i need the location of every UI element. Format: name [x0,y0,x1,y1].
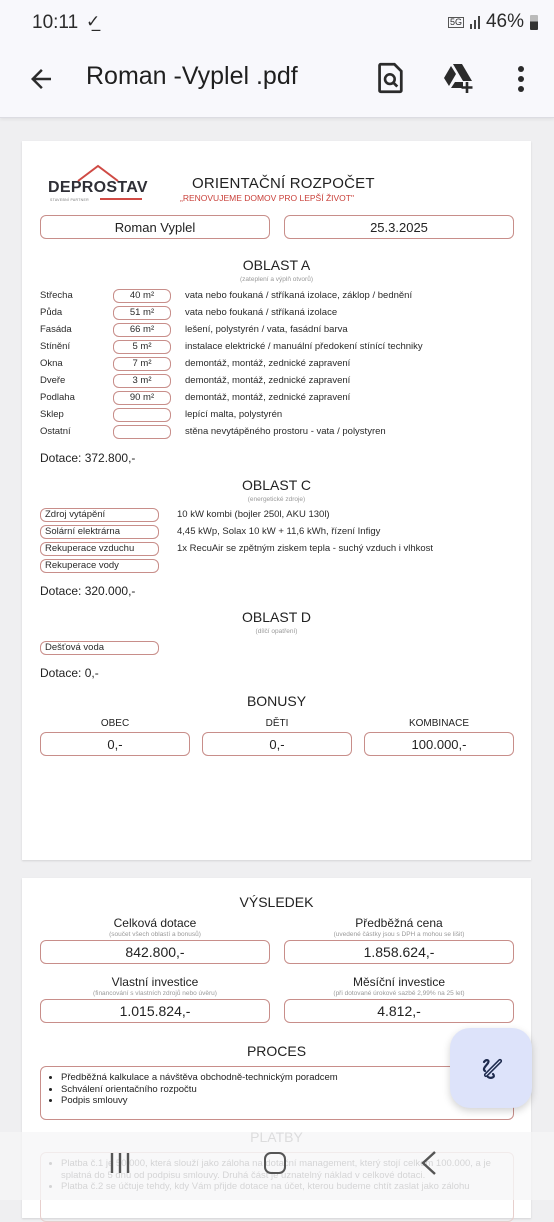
row-description: 1x RecuAir se zpětným ziskem tepla - suc… [177,543,433,554]
row-description: vata nebo foukaná / stříkaná izolace [185,307,337,318]
oblast-a-row: Okna7 m²demontáž, montáž, zednické zapra… [40,357,520,371]
status-bar: 10:11 ✓̲ 5G 46% [0,0,554,48]
slogan: „RENOVUJEME DOMOV PRO LEPŠÍ ŽIVOT" [180,193,354,203]
oblast-c-row: Rekuperace vzduchu1x RecuAir se zpětným … [40,542,520,556]
oblast-a-row: Střecha40 m²vata nebo foukaná / stříkaná… [40,289,520,303]
oblast-c-subtitle: (energetické zdroje) [22,496,531,503]
oblast-c-row: Zdroj vytápění10 kW kombi (bojler 250l, … [40,508,520,522]
vysledek-title: VÝSLEDEK [22,894,531,910]
predbezna-cena-note: (uvedené částky jsou s DPH a mohou se li… [284,931,514,938]
proces-item: Předběžná kalkulace a návštěva obchodně-… [61,1072,513,1084]
oblast-a-title: OBLAST A [22,257,531,273]
oblast-c-dotace: Dotace: 320.000,- [40,584,135,598]
bonus-deti-label: DĚTI [202,718,352,729]
status-time: 10:11 [32,12,78,34]
row-description: lešení, polystyrén / vata, fasádní barva [185,324,348,335]
add-to-drive-icon[interactable] [441,62,477,94]
area-value-pill: 66 m² [113,323,171,337]
oblast-a-dotace: Dotace: 372.800,- [40,451,135,465]
budget-title: ORIENTAČNÍ ROZPOČET [192,175,375,192]
recents-icon[interactable] [108,1152,132,1174]
proces-list: Předběžná kalkulace a návštěva obchodně-… [61,1072,513,1107]
celkova-dotace-label: Celková dotace [40,916,270,930]
proces-item: Podpis smlouvy [61,1095,513,1107]
area-value-pill: 90 m² [113,391,171,405]
status-indicators: 5G 46% [448,11,538,33]
oblast-c-title: OBLAST C [22,477,531,493]
bonus-kombinace-label: KOMBINACE [364,718,514,729]
row-label: Dveře [40,375,65,386]
oblast-d-row: Dešťová voda [40,641,520,655]
area-value-pill [113,425,171,439]
area-value-pill [113,408,171,422]
area-value-pill: 40 m² [113,289,171,303]
predbezna-cena-label: Předběžná cena [284,916,514,930]
row-label: Střecha [40,290,73,301]
bonus-kombinace-field: 100.000,- [364,732,514,756]
row-label: Okna [40,358,63,369]
find-in-page-icon[interactable] [377,62,405,94]
bonus-deti-field: 0,- [202,732,352,756]
proces-item: Schválení orientačního rozpočtu [61,1084,513,1096]
source-pill: Rekuperace vzduchu [40,542,159,556]
row-description: vata nebo foukaná / stříkaná izolace, zá… [185,290,412,301]
battery-icon [530,15,538,30]
proces-box: Předběžná kalkulace a návštěva obchodně-… [40,1066,514,1120]
row-label: Ostatní [40,426,71,437]
oblast-d-dotace: Dotace: 0,- [40,666,99,680]
oblast-a-row: Ostatnístěna nevytápěného prostoru - vat… [40,425,520,439]
network-type-icon: 5G [448,17,464,28]
row-description: 4,45 kWp, Solax 10 kW + 11,6 kWh, řízení… [177,526,380,537]
vlastni-investice-label: Vlastní investice [40,975,270,989]
row-label: Půda [40,307,62,318]
bonus-obec-label: OBEC [40,718,190,729]
celkova-dotace-field: 842.800,- [40,940,270,964]
oblast-d-subtitle: (dílčí opatření) [22,628,531,635]
back-arrow-icon[interactable] [26,64,56,94]
oblast-d-pill: Dešťová voda [40,641,159,655]
download-done-icon: ✓̲ [86,12,100,32]
mesicni-investice-field: 4.812,- [284,999,514,1023]
battery-percent: 46% [486,11,524,33]
vlastni-investice-field: 1.015.824,- [40,999,270,1023]
source-pill: Zdroj vytápění [40,508,159,522]
more-vert-icon[interactable] [512,64,530,94]
mesicni-investice-label: Měsíční investice [284,975,514,989]
vlastni-investice-note: (financování s vlastních zdrojů nebo úvě… [40,990,270,997]
source-pill: Solární elektrárna [40,525,159,539]
oblast-a-subtitle: (zateplení a výplň otvorů) [22,276,531,283]
row-description: demontáž, montáž, zednické zapravení [185,375,350,386]
oblast-d-title: OBLAST D [22,609,531,625]
bonus-obec-field: 0,- [40,732,190,756]
source-pill: Rekuperace vody [40,559,159,573]
pdf-page-1: DEPROSTAV STAVEBNÍ PARTNER ORIENTAČNÍ RO… [22,141,531,860]
annotate-pen-icon [476,1053,506,1083]
app-bar: Roman -Vyplel .pdf [0,48,554,118]
deprostav-logo: DEPROSTAV STAVEBNÍ PARTNER [48,163,148,209]
oblast-a-row: Podlaha90 m²demontáž, montáž, zednické z… [40,391,520,405]
oblast-c-row: Solární elektrárna4,45 kWp, Solax 10 kW … [40,525,520,539]
oblast-a-row: Skleplepící malta, polystyrén [40,408,520,422]
area-value-pill: 51 m² [113,306,171,320]
celkova-dotace-note: (součet všech oblastí a bonusů) [40,931,270,938]
date-field: 25.3.2025 [284,215,514,239]
row-description: demontáž, montáž, zednické zapravení [185,358,350,369]
row-label: Sklep [40,409,64,420]
home-icon[interactable] [264,1152,286,1174]
bonusy-title: BONUSY [22,693,531,709]
document-title: Roman -Vyplel .pdf [86,62,298,91]
signal-icon [470,15,480,29]
row-description: 10 kW kombi (bojler 250l, AKU 130l) [177,509,330,520]
oblast-c-row: Rekuperace vody [40,559,520,573]
row-description: demontáž, montáž, zednické zapravení [185,392,350,403]
row-description: lepící malta, polystyrén [185,409,282,420]
oblast-a-row: Dveře3 m²demontáž, montáž, zednické zapr… [40,374,520,388]
mesicni-investice-note: (při dotované úrokové sazbě 2,99% na 25 … [284,990,514,997]
predbezna-cena-field: 1.858.624,- [284,940,514,964]
row-label: Fasáda [40,324,72,335]
area-value-pill: 7 m² [113,357,171,371]
row-label: Stínění [40,341,70,352]
area-value-pill: 3 m² [113,374,171,388]
row-description: instalace elektrické / manuální předoken… [185,341,423,352]
client-name-field: Roman Vyplel [40,215,270,239]
row-description: stěna nevytápěného prostoru - vata / pol… [185,426,386,437]
nav-back-icon[interactable] [420,1150,438,1176]
area-value-pill: 5 m² [113,340,171,354]
annotate-button[interactable] [450,1028,532,1108]
oblast-a-row: Stínění5 m²instalace elektrické / manuál… [40,340,520,354]
row-label: Podlaha [40,392,75,403]
oblast-a-row: Fasáda66 m²lešení, polystyrén / vata, fa… [40,323,520,337]
oblast-a-row: Půda51 m²vata nebo foukaná / stříkaná iz… [40,306,520,320]
